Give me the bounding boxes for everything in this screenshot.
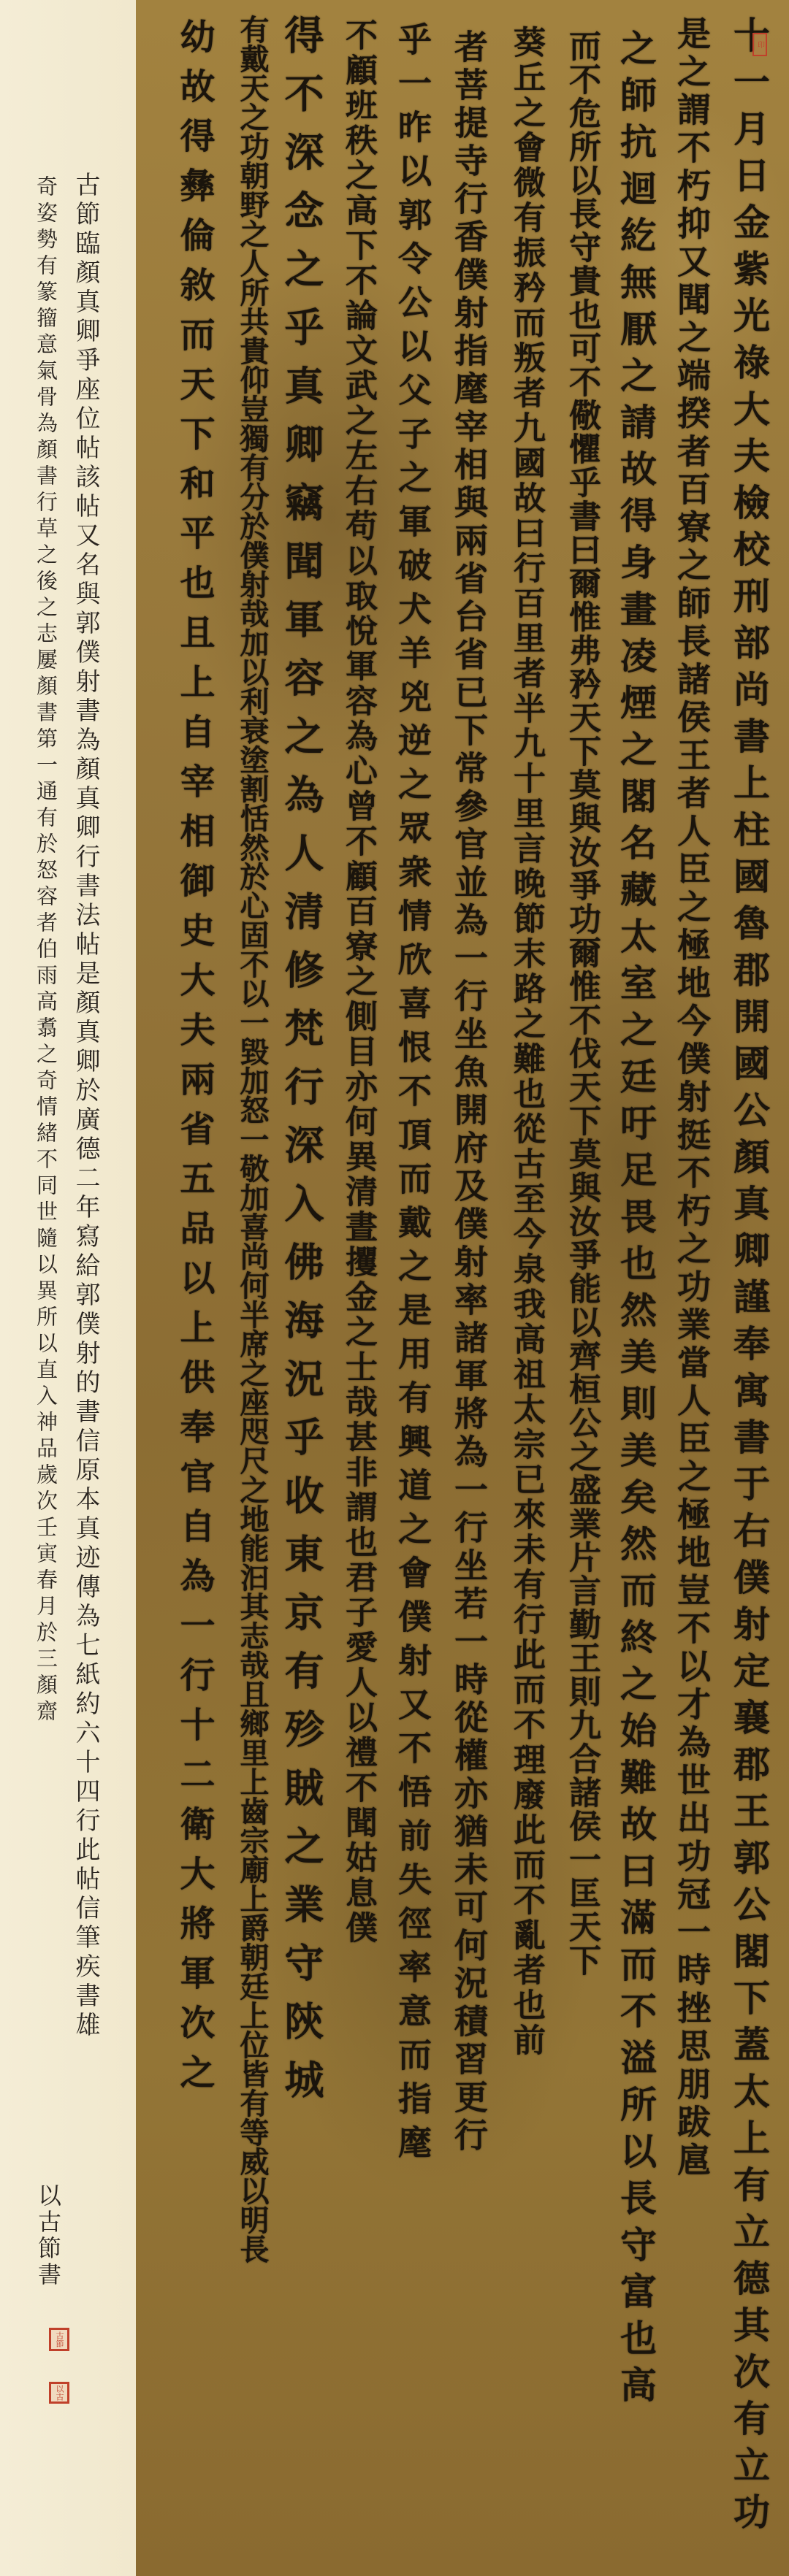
main-column-4: 而不危所以長守貴也可不儆懼乎書曰爾惟弗矜天下莫與汝爭功爾惟不伐天下莫與汝爭能以齊… xyxy=(565,29,598,2570)
main-column-3: 之師抗迴紇無厭之請故得身畫凌煙之閣名藏太室之廷吁足畏也然美則美矣然而終之始難故曰… xyxy=(617,29,654,2570)
main-column-2: 是之謂不朽抑又聞之端揆者百寮之師長諸侯王者人臣之極地今僕射挺不朽之功業當人臣之極… xyxy=(675,16,709,2572)
main-column-8: 不顧班秩之高下不論文武之左右苟以取悅軍容為心曾不顧百寮之側目亦何異清晝攫金之士哉… xyxy=(342,18,374,2559)
main-column-10: 有戴天之功朝野之人所共貴仰豈獨有分於僕射哉加以利衰塗割恬然於心固不以一毀加怒一敬… xyxy=(237,15,267,2556)
main-column-11: 幼故得彝倫敘而天下和平也且上自宰相御史大夫兩省五品以上供奉官自為一行十二衛大將軍… xyxy=(177,18,212,2559)
left-border-mount xyxy=(0,0,136,2576)
main-column-6: 者菩提寺行香僕射指麾宰相與兩省台省已下常參官並為一行坐魚開府及僕射率諸軍將為一行… xyxy=(452,29,486,2570)
top-right-seal: 印 xyxy=(752,33,767,56)
main-column-1: 十一月日金紫光祿大夫檢校刑部尚書上柱國魯郡開國公顏真卿謹奉寓書于右僕射定襄郡王郭… xyxy=(731,16,767,2572)
colophon-column-1: 古節臨顏真卿爭座位帖該帖又名與郭僕射書為顏真卿行書法帖是顏真卿於廣德二年寫給郭僕… xyxy=(73,172,98,2576)
colophon-seal-2: 以古 xyxy=(49,2382,69,2404)
main-column-9: 得不深念之乎真卿竊聞軍容之為人清修梵行深入佛海況乎收東京有殄賊之業守陝城 xyxy=(282,15,321,2556)
main-column-7: 乎一昨以郭令公以父子之軍破犬羊兇逆之眾衆情欣喜恨不頂而戴之是用有興道之會僕射又不… xyxy=(396,22,430,2563)
main-column-5: 葵丘之會微有振矜而叛者九國故曰行百里者半九十里言晚節末路之難也從古至今泉我高祖太… xyxy=(510,26,542,2567)
calligraphy-panel: 十一月日金紫光祿大夫檢校刑部尚書上柱國魯郡開國公顏真卿謹奉寓書于右僕射定襄郡王郭… xyxy=(136,0,789,2576)
colophon-seal-1: 古節 xyxy=(49,2328,69,2351)
colophon-column-2: 奇姿勢有篆籀意氣骨為顏書行草之後之志屢顏書第一通有於怒容者伯雨高翥之奇情緒不同世… xyxy=(35,175,56,2205)
colophon-signature: 以古節書 xyxy=(37,2183,60,2300)
